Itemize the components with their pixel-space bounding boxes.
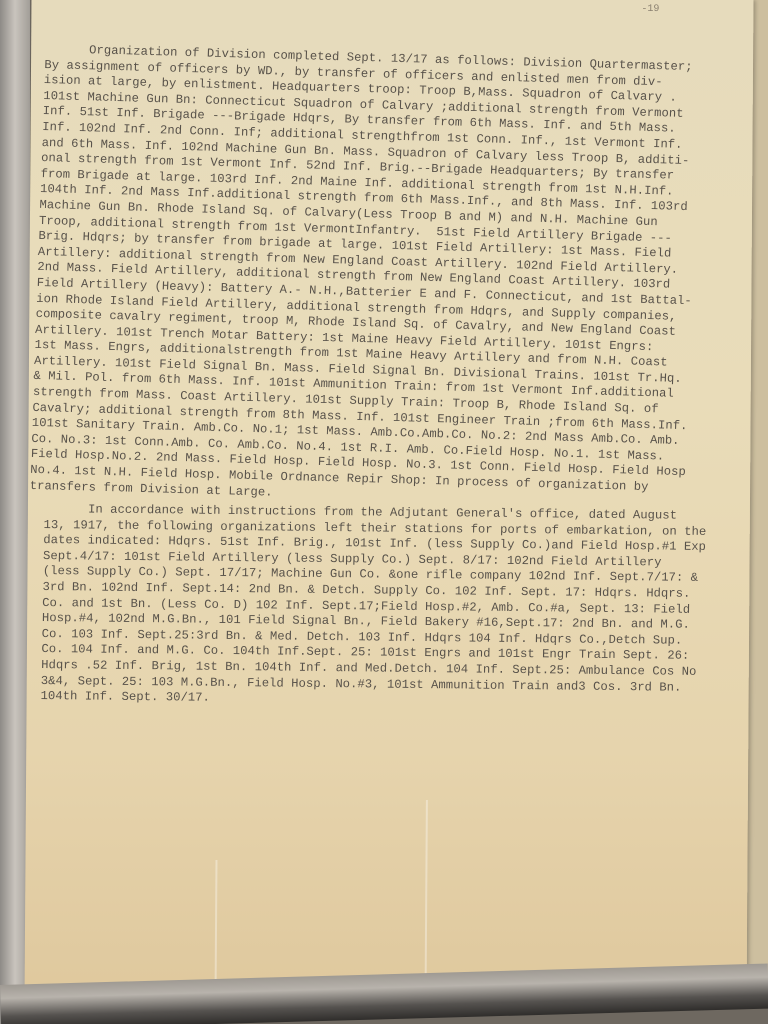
- page-number-mark: -19: [641, 4, 659, 15]
- typewritten-page: -19 Organization of Division completed S…: [25, 0, 754, 1000]
- paragraph-embarkation-orders: In accordance with instructions from the…: [40, 502, 706, 712]
- paper-crease: [215, 860, 218, 980]
- paper-crease: [425, 800, 428, 990]
- paragraph-organization-of-division: Organization of Division completed Sept.…: [29, 42, 700, 512]
